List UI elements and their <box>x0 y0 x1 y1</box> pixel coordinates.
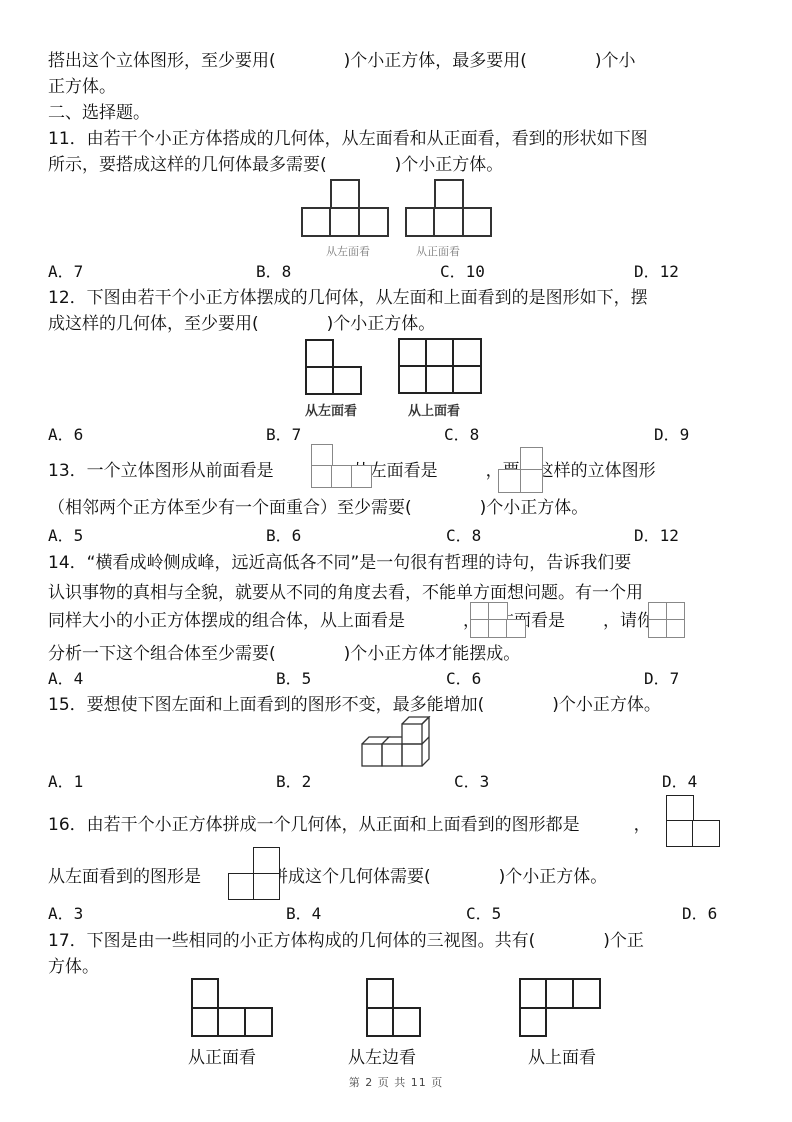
q11-option-c[interactable]: C．10 <box>440 262 485 282</box>
q12-option-b[interactable]: B．7 <box>266 425 301 445</box>
q16-option-a[interactable]: A．3 <box>48 904 83 924</box>
q15-option-c[interactable]: C．3 <box>454 772 489 792</box>
q16-line-1: 16．由若干个小正方体拼成一个几何体，从正面和上面看到的图形都是， <box>48 814 651 836</box>
q12-option-d[interactable]: D．9 <box>654 425 689 445</box>
q13-option-a[interactable]: A．5 <box>48 526 83 546</box>
q14-text-a: 同样大小的小正方体摆成的组合体，从上面看是 <box>48 611 405 631</box>
q17-top-view-figure <box>519 978 601 1037</box>
q13-option-b[interactable]: B．6 <box>266 526 301 546</box>
q15-option-b[interactable]: B．2 <box>276 772 311 792</box>
q16-text-a: 16．由若干个小正方体拼成一个几何体，从正面和上面看到的图形都是 <box>48 815 580 835</box>
q14-line-2: 认识事物的真相与全貌，就要从不同的角度去看，不能单方面想问题。有一个用 <box>48 582 643 604</box>
q11-line-2: 所示，要搭成这样的几何体最多需要( )个小正方体。 <box>48 154 503 176</box>
q14-line-3: 同样大小的小正方体摆成的组合体，从上面看是，从左面看是，请你 <box>48 610 654 632</box>
q16-front-top-view-figure <box>666 795 720 847</box>
q13-option-c[interactable]: C．8 <box>446 526 481 546</box>
q12-caption-top: 从上面看 <box>408 400 460 419</box>
q15-line-1: 15．要想使下图左面和上面看到的图形不变，最多能增加( )个小正方体。 <box>48 694 661 716</box>
q14-line-1: 14．“横看成岭侧成峰，远近高低各不同”是一句很有哲理的诗句，告诉我们要 <box>48 552 631 574</box>
q16-option-d[interactable]: D．6 <box>682 904 717 924</box>
q16-text-c: 从左面看到的图形是 <box>48 867 201 887</box>
q13-left-view-figure <box>498 447 543 493</box>
q13-option-d[interactable]: D．12 <box>634 526 679 546</box>
q15-cube-stack-figure <box>360 716 436 768</box>
q12-line-1: 12．下图由若干个小正方体摆成的几何体，从左面和上面看到的是图形如下，摆 <box>48 287 648 309</box>
q11-left-view-figure <box>301 179 389 237</box>
q16-text-b: ， <box>634 815 651 835</box>
q16-left-view-figure <box>228 847 280 900</box>
q12-top-view-figure <box>398 338 482 394</box>
q12-caption-left: 从左面看 <box>305 400 357 419</box>
q14-option-a[interactable]: A．4 <box>48 669 83 689</box>
page-number: 第 2 页 共 11 页 <box>0 1074 792 1090</box>
q11-option-a[interactable]: A．7 <box>48 262 83 282</box>
q11-front-view-figure <box>405 179 492 237</box>
q17-caption-left: 从左边看 <box>348 1043 416 1068</box>
q11-option-d[interactable]: D．12 <box>634 262 679 282</box>
q17-left-view-figure <box>366 978 421 1037</box>
q16-text-d: 。拼成这个几何体需要( )个小正方体。 <box>254 867 607 887</box>
q14-option-c[interactable]: C．6 <box>446 669 481 689</box>
q11-caption-front: 从正面看 <box>416 243 460 259</box>
q11-option-b[interactable]: B．8 <box>256 262 291 282</box>
q15-option-a[interactable]: A．1 <box>48 772 83 792</box>
q14-text-c: ，请你 <box>603 611 654 631</box>
q15-option-d[interactable]: D．4 <box>662 772 697 792</box>
q14-line-4: 分析一下这个组合体至少需要( )个小正方体才能摆成。 <box>48 643 520 665</box>
q17-caption-top: 从上面看 <box>528 1043 596 1068</box>
q17-line-1: 17．下图是由一些相同的小正方体构成的几何体的三视图。共有( )个正 <box>48 930 644 952</box>
q14-option-d[interactable]: D．7 <box>644 669 679 689</box>
q11-caption-left: 从左面看 <box>326 243 370 259</box>
q14-option-b[interactable]: B．5 <box>276 669 311 689</box>
q13-line-2: （相邻两个正方体至少有一个面重合）至少需要( )个小正方体。 <box>48 497 588 519</box>
q12-line-2: 成这样的几何体，至少要用( )个小正方体。 <box>48 313 435 335</box>
q12-option-c[interactable]: C．8 <box>444 425 479 445</box>
q16-option-c[interactable]: C．5 <box>466 904 501 924</box>
q11-line-1: 11．由若干个小正方体搭成的几何体，从左面看和从正面看，看到的形状如下图 <box>48 128 648 150</box>
q17-line-2: 方体。 <box>48 956 99 978</box>
q12-option-a[interactable]: A．6 <box>48 425 83 445</box>
q14-left-view-figure <box>648 602 685 638</box>
q17-front-view-figure <box>191 978 273 1037</box>
q17-caption-front: 从正面看 <box>188 1043 256 1068</box>
continuation-line-1: 搭出这个立体图形，至少要用( )个小正方体，最多要用( )个小 <box>48 50 636 72</box>
q16-option-b[interactable]: B．4 <box>286 904 321 924</box>
q12-left-view-figure <box>305 339 362 395</box>
q13-front-view-figure <box>311 444 372 488</box>
section-title: 二、选择题。 <box>48 102 150 124</box>
q14-top-view-figure <box>470 602 526 638</box>
continuation-line-2: 正方体。 <box>48 76 116 98</box>
q13-text-a: 13．一个立体图形从前面看是 <box>48 461 274 481</box>
q16-line-2: 从左面看到的图形是。拼成这个几何体需要( )个小正方体。 <box>48 866 607 888</box>
